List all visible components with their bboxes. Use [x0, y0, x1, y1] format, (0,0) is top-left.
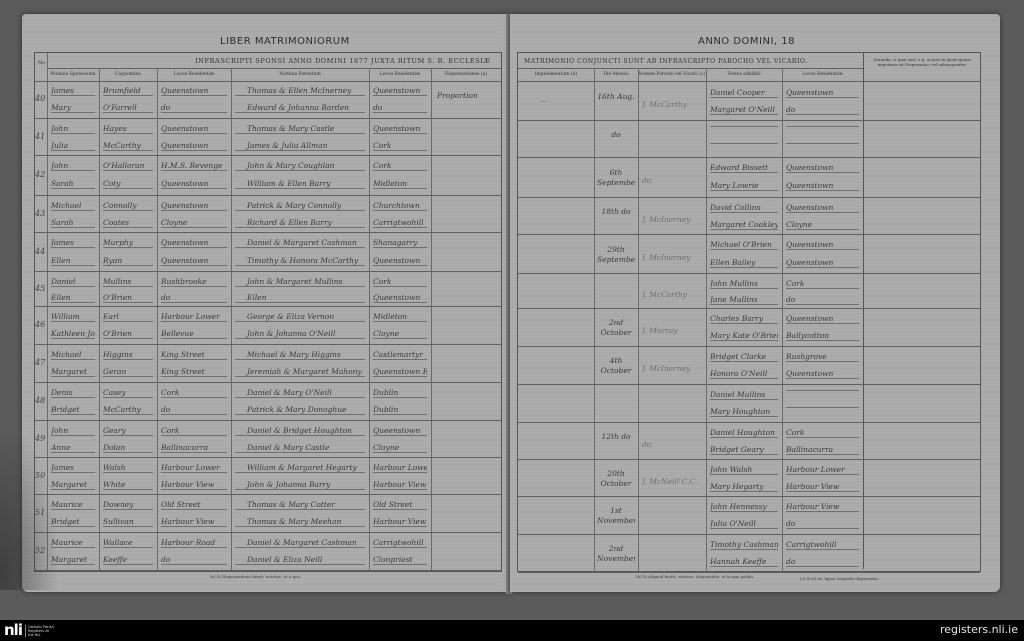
document-viewer[interactable]: LIBER MATRIMONIORUM INFRASCRIPTI SPONSI …: [0, 0, 1024, 620]
entry-number: 48: [35, 396, 45, 405]
register-row: 42JohnSarahO'HalloranCotyH.M.S. RevengeQ…: [35, 156, 501, 196]
names-cell: John: [51, 161, 95, 171]
witness-residence-cell: [786, 126, 859, 127]
witness-cell: Timothy Cashman: [710, 540, 778, 550]
day-month-cell: 18th do: [597, 207, 635, 217]
entry-number: 46: [35, 320, 45, 329]
witness-cell: Charles Barry: [710, 314, 778, 324]
witness-residence-cell: do: [786, 105, 859, 115]
surnames-cell: Higgins: [103, 350, 153, 360]
surnames-cell: Brumfield: [103, 86, 153, 96]
names-cell: Maurice: [51, 538, 95, 548]
right-footnote-c: (c) Si id sit, lapsu sequenti dispensati…: [800, 576, 880, 581]
day-month-cell: 4th October: [597, 356, 635, 376]
witness-cell: Bridget Geary: [710, 445, 778, 455]
parents-cell: Richard & Ellen Barry: [235, 218, 365, 228]
surnames-cell: McCarthy: [103, 141, 153, 151]
notes-header: Notanda, si quæ sint; e.g. si post in qu…: [868, 57, 976, 67]
witness-cell: Mary Hegarty: [710, 482, 778, 492]
day-month-cell: 2nd November: [597, 544, 635, 564]
residence-cell: Bellevue: [161, 329, 227, 339]
residence-cell: Ballinacurra: [161, 443, 227, 453]
parents-cell: Thomas & Mary Meehan: [235, 517, 365, 527]
witness-cell: Hannah Keeffe: [710, 557, 778, 567]
names-cell: Michael: [51, 350, 95, 360]
surnames-cell: Coty: [103, 179, 153, 189]
witness-cell: [710, 126, 778, 127]
names-cell: Kathleen Josephine: [51, 329, 95, 339]
left-page-title: LIBER MATRIMONIORUM: [220, 36, 350, 47]
witness-cell: Honora O'Neill: [710, 369, 778, 379]
names-cell: Denis: [51, 388, 95, 398]
names-cell: Margaret: [51, 555, 95, 565]
names-cell: John: [51, 426, 95, 436]
surnames-cell: Sullivan: [103, 517, 153, 527]
names-cell: James: [51, 238, 95, 248]
residence-cell: Old Street: [161, 500, 227, 510]
witness-residence-cell: [786, 390, 859, 391]
parents-res-cell: Queenstown: [373, 256, 427, 266]
entry-number: 42: [35, 170, 45, 179]
register-row: 49JohnAnneGearyDolanCorkBallinacurraDani…: [35, 421, 501, 458]
priest-cell: J. Murray: [642, 326, 702, 335]
parents-cell: George & Eliza Vernon: [235, 312, 365, 322]
parents-res-cell: Midleton: [373, 179, 427, 189]
witness-cell: Margaret Coakley: [710, 220, 778, 230]
names-cell: Maurice: [51, 500, 95, 510]
day-month-cell: 16th Aug.: [597, 92, 635, 102]
right-col-header: Locus Residentiæ: [782, 72, 863, 77]
day-month-cell: 2nd October: [597, 318, 635, 338]
parents-res-cell: Cork: [373, 141, 427, 151]
parents-cell: Daniel & Margaret Cashman: [235, 538, 365, 548]
witness-cell: John Walsh: [710, 465, 778, 475]
parents-cell: Ellen: [235, 293, 365, 303]
parents-cell: Thomas & Mary Cotter: [235, 500, 365, 510]
witness-cell: Mary Houghton: [710, 407, 778, 417]
residence-cell: Harbour Lower: [161, 463, 227, 473]
residence-cell: Queenstown: [161, 141, 227, 151]
left-subheading: INFRASCRIPTI SPONSI ANNO DOMINI 1877 JUX…: [195, 57, 491, 65]
witness-cell: Margaret O'Neill: [710, 105, 778, 115]
divider: [35, 570, 501, 571]
register-row: 20th OctoberJ. McNeill C.C.John WalshHar…: [518, 460, 980, 497]
residence-cell: Harbour Lower: [161, 312, 227, 322]
witness-cell: Bridget Clarke: [710, 352, 778, 362]
dispensation-cell: Proportion: [437, 91, 478, 100]
parents-cell: James & Julia Allman: [235, 141, 365, 151]
register-row: 1st NovemberJohn HennessyHarbour ViewJul…: [518, 497, 980, 535]
register-row: 29th SeptemberJ. McInerneyMichael O'Brie…: [518, 235, 980, 274]
viewer-footer-bar: nli Catholic Parish Registers at the NLI…: [0, 620, 1024, 641]
parents-res-cell: Queenstown East: [373, 367, 427, 377]
registers-site-link[interactable]: registers.nli.ie: [940, 623, 1018, 636]
witness-cell: Michael O'Brien: [710, 240, 778, 250]
surnames-cell: Keeffe: [103, 555, 153, 565]
divider: [518, 572, 980, 573]
names-cell: Anne: [51, 443, 95, 453]
entry-number: 51: [35, 508, 45, 517]
witness-residence-cell: Queenstown: [786, 203, 859, 213]
right-col-header: Impedimentum (b): [518, 72, 594, 77]
register-row: 2nd NovemberTimothy CashmanCarrigtwohill…: [518, 535, 980, 573]
priest-cell: J. McNeill C.C.: [642, 477, 702, 486]
surnames-cell: Hayes: [103, 124, 153, 134]
names-cell: Bridget: [51, 517, 95, 527]
witness-cell: Mary Lowrie: [710, 181, 778, 191]
entry-number: 43: [35, 209, 45, 218]
residence-cell: Harbour View: [161, 480, 227, 490]
surnames-cell: Coates: [103, 218, 153, 228]
witness-cell: Edward Bissett: [710, 163, 778, 173]
witness-cell: Mary Kate O'Brien: [710, 331, 778, 341]
parents-res-cell: Carrigtwohill: [373, 218, 427, 228]
register-row: 41JohnJuliaHayesMcCarthyQueenstownQueens…: [35, 119, 501, 156]
witness-cell: Daniel Mullins: [710, 390, 778, 400]
right-col-header: Die Mensis: [594, 72, 638, 77]
register-row: 45DanielEllenMullinsO'BrienRushbrookedoJ…: [35, 272, 501, 307]
parents-cell: William & Ellen Barry: [235, 179, 365, 189]
witness-residence-cell: do: [786, 557, 859, 567]
parents-cell: John & Margaret Mullins: [235, 277, 365, 287]
surnames-cell: Wallace: [103, 538, 153, 548]
register-row: 6th SeptemberdoEdward BissettQueenstownM…: [518, 158, 980, 198]
witness-residence-cell: Cloyne: [786, 220, 859, 230]
witness-cell: John Hennessy: [710, 502, 778, 512]
right-register-table: MATRIMONIO CONJUNCTI SUNT AB INFRASCRIPT…: [517, 52, 981, 572]
surnames-cell: McCarthy: [103, 405, 153, 415]
witness-residence-cell: [786, 407, 859, 408]
names-cell: Ellen: [51, 293, 95, 303]
register-row: 40JamesMaryBrumfieldO'FarrellQueenstownd…: [35, 81, 501, 119]
left-col-header: Dispensationes (a): [431, 72, 501, 77]
witness-cell: Daniel Cooper: [710, 88, 778, 98]
parents-res-cell: Harbour View: [373, 480, 427, 490]
witness-cell: Ellen Bailey: [710, 258, 778, 268]
parents-res-cell: Queenstown: [373, 426, 427, 436]
register-row: 47MichaelMargaretHigginsGeranKing Street…: [35, 345, 501, 383]
priest-cell: do: [642, 440, 702, 449]
entry-number: 41: [35, 132, 45, 141]
parents-res-cell: Cork: [373, 161, 427, 171]
names-cell: Sarah: [51, 179, 95, 189]
residence-cell: King Street: [161, 367, 227, 377]
witness-residence-cell: Queenstown: [786, 369, 859, 379]
parents-cell: Edward & Johanna Barden: [235, 103, 365, 113]
witness-residence-cell: Queenstown: [786, 88, 859, 98]
register-row: 4th OctoberJ. McInerneyBridget ClarkeRus…: [518, 347, 980, 385]
names-cell: Margaret: [51, 367, 95, 377]
register-row: 48DenisBridgetCaseyMcCarthyCorkdoDaniel …: [35, 383, 501, 421]
col-number: No.: [37, 61, 47, 66]
surnames-cell: Casey: [103, 388, 153, 398]
parents-cell: Jeremiah & Margaret Mahony: [235, 367, 365, 377]
witness-residence-cell: Cork: [786, 279, 859, 289]
entry-number: 45: [35, 284, 45, 293]
left-page: LIBER MATRIMONIORUM INFRASCRIPTI SPONSI …: [22, 14, 508, 592]
names-cell: James: [51, 463, 95, 473]
residence-cell: do: [161, 103, 227, 113]
residence-cell: Harbour View: [161, 517, 227, 527]
day-month-cell: 29th September: [597, 245, 635, 265]
parents-cell: Thomas & Mary Castle: [235, 124, 365, 134]
witness-residence-cell: Harbour Lower: [786, 465, 859, 475]
names-cell: Julia: [51, 141, 95, 151]
surnames-cell: White: [103, 480, 153, 490]
surnames-cell: O'Halloran: [103, 161, 153, 171]
witness-residence-cell: Queenstown: [786, 181, 859, 191]
names-cell: Margaret: [51, 480, 95, 490]
parents-cell: Thomas & Ellen McInerney: [235, 86, 365, 96]
surnames-cell: Ryan: [103, 256, 153, 266]
parents-res-cell: Cork: [373, 277, 427, 287]
surnames-cell: Geary: [103, 426, 153, 436]
nli-logo[interactable]: nli Catholic Parish Registers at the NLI: [4, 623, 54, 638]
residence-cell: Queenstown: [161, 179, 227, 189]
parents-res-cell: Queenstown: [373, 293, 427, 303]
parents-res-cell: Queenstown: [373, 86, 427, 96]
surnames-cell: O'Brien: [103, 293, 153, 303]
names-cell: William: [51, 312, 95, 322]
witness-residence-cell: Cork: [786, 428, 859, 438]
witness-residence-cell: Queenstown: [786, 314, 859, 324]
priest-cell: J. McInerney: [642, 253, 702, 262]
parents-res-cell: Dublin: [373, 388, 427, 398]
entry-number: 47: [35, 358, 45, 367]
divider: [518, 68, 863, 69]
parents-res-cell: Cloyne: [373, 329, 427, 339]
residence-cell: Rushbrooke: [161, 277, 227, 287]
residence-cell: do: [161, 405, 227, 415]
residence-cell: do: [161, 555, 227, 565]
register-row: 51MauriceBridgetDowneySullivanOld Street…: [35, 495, 501, 533]
register-row: 44JamesEllenMurphyRyanQueenstownQueensto…: [35, 233, 501, 272]
residence-cell: King Street: [161, 350, 227, 360]
logo-line: the NLI: [28, 633, 40, 637]
witness-cell: [710, 143, 778, 144]
parents-res-cell: Churchtown: [373, 201, 427, 211]
witness-cell: David Collins: [710, 203, 778, 213]
day-month-cell: do: [597, 130, 635, 140]
day-month-cell: 1st November: [597, 506, 635, 526]
parents-cell: Patrick & Mary Donoghue: [235, 405, 365, 415]
left-col-header: Locus Residentiæ: [157, 72, 231, 77]
surnames-cell: Dolan: [103, 443, 153, 453]
names-cell: Daniel: [51, 277, 95, 287]
entry-number: 49: [35, 434, 45, 443]
surnames-cell: O'Brien: [103, 329, 153, 339]
parents-cell: Michael & Mary Higgins: [235, 350, 365, 360]
left-footnote: (a) Si Dispensatione fuerit, notetur; et…: [210, 574, 301, 579]
parents-res-cell: Clonpriest: [373, 555, 427, 565]
parents-res-cell: Shanagarry: [373, 238, 427, 248]
parents-cell: Daniel & Bridget Houghton: [235, 426, 365, 436]
surnames-cell: Connolly: [103, 201, 153, 211]
names-cell: Ellen: [51, 256, 95, 266]
nli-logo-text: Catholic Parish Registers at the NLI: [25, 625, 54, 637]
right-footnote-b: (b) Si aliquod fuerit, notetur; dispensa…: [636, 574, 754, 579]
parents-cell: John & Mary Coughlan: [235, 161, 365, 171]
parents-res-cell: Carrigtwohill: [373, 538, 427, 548]
witness-residence-cell: Ballinacurra: [786, 445, 859, 455]
parents-res-cell: Old Street: [373, 500, 427, 510]
right-subheading: MATRIMONIO CONJUNCTI SUNT AB INFRASCRIPT…: [524, 58, 808, 65]
parents-res-cell: Queenstown: [373, 124, 427, 134]
surnames-cell: Mullins: [103, 277, 153, 287]
parents-cell: Daniel & Mary O'Neill: [235, 388, 365, 398]
names-cell: Mary: [51, 103, 95, 113]
surnames-cell: Earl: [103, 312, 153, 322]
entry-number: 40: [35, 94, 45, 103]
surnames-cell: Geran: [103, 367, 153, 377]
witness-residence-cell: Carrigtwohill: [786, 540, 859, 550]
witness-residence-cell: Harbour View: [786, 502, 859, 512]
left-col-header: Nomina Parentum: [231, 72, 369, 77]
parents-res-cell: Midleton: [373, 312, 427, 322]
entry-number: 52: [35, 546, 45, 555]
entry-number: 44: [35, 247, 45, 256]
parents-cell: Daniel & Margaret Cashman: [235, 238, 365, 248]
priest-cell: J. McInerney: [642, 215, 702, 224]
day-month-cell: 20th October: [597, 469, 635, 489]
witness-residence-cell: Queenstown: [786, 240, 859, 250]
register-row: 18th doJ. McInerneyDavid CollinsQueensto…: [518, 198, 980, 235]
names-cell: James: [51, 86, 95, 96]
priest-cell: J. McCarthy: [642, 100, 702, 109]
divider: [47, 68, 501, 69]
witness-residence-cell: do: [786, 295, 859, 305]
parents-res-cell: Harbour Lower: [373, 463, 427, 473]
parents-cell: John & Johanna O'Neill: [235, 329, 365, 339]
names-cell: Michael: [51, 201, 95, 211]
register-row: 50JamesMargaretWalshWhiteHarbour LowerHa…: [35, 458, 501, 495]
residence-cell: Queenstown: [161, 238, 227, 248]
witness-cell: John Mullins: [710, 279, 778, 289]
register-row: 2nd OctoberJ. MurrayCharles BarryQueenst…: [518, 309, 980, 347]
left-col-header: Nomina Sponsorum: [47, 72, 99, 77]
priest-cell: do: [642, 176, 702, 185]
surnames-cell: Downey: [103, 500, 153, 510]
residence-cell: Cork: [161, 426, 227, 436]
parents-cell: Daniel & Mary Castle: [235, 443, 365, 453]
entry-number: 50: [35, 471, 45, 480]
parents-cell: John & Johanna Barry: [235, 480, 365, 490]
register-row: 52MauriceMargaretWallaceKeeffeHarbour Ro…: [35, 533, 501, 571]
day-month-cell: 6th September: [597, 168, 635, 188]
residence-cell: Cork: [161, 388, 227, 398]
parents-res-cell: do: [373, 103, 427, 113]
parents-res-cell: Castlemartyr: [373, 350, 427, 360]
names-cell: John: [51, 124, 95, 134]
nli-logo-mark: nli: [4, 623, 22, 638]
register-row: Daniel MullinsMary Houghton: [518, 385, 980, 423]
parents-res-cell: Dublin: [373, 405, 427, 415]
surnames-cell: O'Farrell: [103, 103, 153, 113]
day-month-cell: 12th do: [597, 432, 635, 442]
residence-cell: do: [161, 293, 227, 303]
register-book-spread: LIBER MATRIMONIORUM INFRASCRIPTI SPONSI …: [22, 14, 1000, 594]
surnames-cell: Walsh: [103, 463, 153, 473]
witness-residence-cell: Queenstown: [786, 163, 859, 173]
names-cell: Sarah: [51, 218, 95, 228]
witness-cell: Daniel Houghton: [710, 428, 778, 438]
register-row: 12th dodoDaniel HoughtonCorkBridget Gear…: [518, 423, 980, 460]
parents-cell: Timothy & Honora McCarthy: [235, 256, 365, 266]
left-col-header: Cognomina: [99, 72, 157, 77]
witness-cell: Jane Mullins: [710, 295, 778, 305]
register-row: —16th Aug.J. McCarthyDaniel CooperQueens…: [518, 83, 980, 121]
right-col-header: Nomen Parochi vel Vicarii (c): [638, 72, 706, 77]
parents-cell: William & Margaret Hegarty: [235, 463, 365, 473]
residence-cell: Cloyne: [161, 218, 227, 228]
register-row: 46WilliamKathleen JosephineEarlO'BrienHa…: [35, 307, 501, 345]
witness-residence-cell: Ballycotton: [786, 331, 859, 341]
register-row: J. McCarthyJohn MullinsCorkJane Mullinsd…: [518, 274, 980, 309]
parents-res-cell: Harbour View: [373, 517, 427, 527]
parents-cell: Daniel & Eliza Neill: [235, 555, 365, 565]
residence-cell: Queenstown: [161, 124, 227, 134]
witness-residence-cell: Queenstown: [786, 258, 859, 268]
witness-residence-cell: Harbour View: [786, 482, 859, 492]
witness-residence-cell: Rushgrove: [786, 352, 859, 362]
residence-cell: Queenstown: [161, 256, 227, 266]
register-row: do: [518, 121, 980, 158]
priest-cell: J. McInerney: [642, 364, 702, 373]
parents-res-cell: Cloyne: [373, 443, 427, 453]
left-col-header: Locus Residentiæ: [369, 72, 431, 77]
witness-cell: Julia O'Neill: [710, 519, 778, 529]
right-col-header: Testes adhibiti: [706, 72, 782, 77]
priest-cell: J. McCarthy: [642, 290, 702, 299]
right-page: ANNO DOMINI, 18 MATRIMONIO CONJUNCTI SUN…: [510, 14, 1000, 592]
residence-cell: Queenstown: [161, 86, 227, 96]
surnames-cell: Murphy: [103, 238, 153, 248]
parents-cell: Patrick & Mary Connolly: [235, 201, 365, 211]
right-page-title: ANNO DOMINI, 18: [698, 36, 795, 47]
register-row: 43MichaelSarahConnollyCoatesQueenstownCl…: [35, 196, 501, 233]
witness-residence-cell: [786, 143, 859, 144]
residence-cell: Queenstown: [161, 201, 227, 211]
residence-cell: H.M.S. Revenge: [161, 161, 227, 171]
residence-cell: Harbour Road: [161, 538, 227, 548]
left-register-table: INFRASCRIPTI SPONSI ANNO DOMINI 1877 JUX…: [34, 52, 502, 572]
names-cell: Bridget: [51, 405, 95, 415]
impediment-cell: —: [540, 96, 580, 105]
witness-residence-cell: do: [786, 519, 859, 529]
